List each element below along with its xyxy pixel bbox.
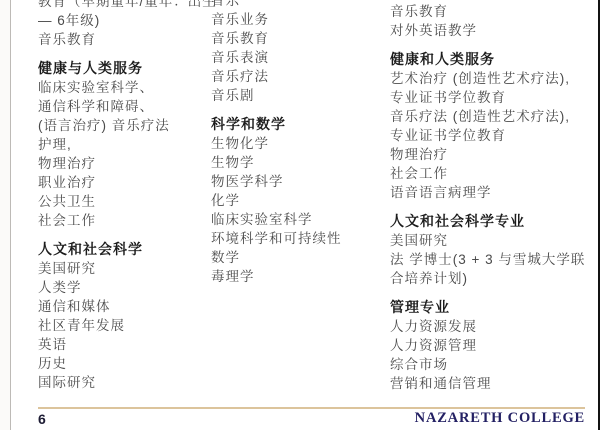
section-header: 人文和社会科学专业 xyxy=(390,212,590,231)
program-item: 社会工作 xyxy=(390,164,590,183)
program-item: (语言治疗) 音乐疗法 xyxy=(38,116,208,135)
program-item: 社区青年发展 xyxy=(38,316,208,335)
program-item: 音乐 xyxy=(211,0,383,10)
program-item: 音乐教育 xyxy=(211,29,383,48)
program-item: 通信和媒体 xyxy=(38,297,208,316)
section-gap xyxy=(390,40,590,50)
program-item: 营销和通信管理 xyxy=(390,374,590,393)
program-item: 专业证书学位教育 xyxy=(390,126,590,145)
section-gap xyxy=(38,49,208,59)
section-header: 健康与人类服务 xyxy=(38,59,208,78)
program-item: 临床实验室科学、 xyxy=(38,78,208,97)
catalog-page: 教育（早期童年/童年：出生— 6年级)音乐教育健康与人类服务临床实验室科学、通信… xyxy=(0,0,600,430)
program-item: 护理, xyxy=(38,135,208,154)
program-item: 化学 xyxy=(211,191,383,210)
program-item: 人力资源管理 xyxy=(390,336,590,355)
program-item: 国际研究 xyxy=(38,373,208,392)
program-item: 专业证书学位教育 xyxy=(390,88,590,107)
program-item: 英语 xyxy=(38,335,208,354)
section-gap xyxy=(390,202,590,212)
footer-divider xyxy=(38,407,585,409)
program-item: 职业治疗 xyxy=(38,173,208,192)
program-item: 音乐疗法 (创造性艺术疗法), xyxy=(390,107,590,126)
program-item: 艺术治疗 (创造性艺术疗法), xyxy=(390,69,590,88)
program-item: 音乐剧 xyxy=(211,86,383,105)
program-item: 合培养计划) xyxy=(390,269,590,288)
program-item: 历史 xyxy=(38,354,208,373)
program-item: 社会工作 xyxy=(38,211,208,230)
section-gap xyxy=(390,288,590,298)
section-gap xyxy=(38,230,208,240)
program-item: 生物学 xyxy=(211,153,383,172)
program-item: 综合市场 xyxy=(390,355,590,374)
program-item: 音乐表演 xyxy=(211,48,383,67)
program-item: 语音语言病理学 xyxy=(390,183,590,202)
program-item: 公共卫生 xyxy=(38,192,208,211)
section-header: 管理专业 xyxy=(390,298,590,317)
program-item: 物理治疗 xyxy=(390,145,590,164)
program-item: 人力资源发展 xyxy=(390,317,590,336)
program-item: — 6年级) xyxy=(38,11,208,30)
section-header: 科学和数学 xyxy=(211,115,383,134)
program-item: 法 学博士(3 + 3 与雪城大学联 xyxy=(390,250,590,269)
program-column-2: 音乐音乐业务音乐教育音乐表演音乐疗法音乐剧科学和数学生物化学生物学物医学科学化学… xyxy=(211,0,383,286)
program-item: 音乐疗法 xyxy=(211,67,383,86)
program-item: 教育（早期童年/童年：出生 xyxy=(38,0,208,11)
program-item: 毒理学 xyxy=(211,267,383,286)
page-left-edge-shadow xyxy=(0,0,11,430)
section-header: 人文和社会科学 xyxy=(38,240,208,259)
program-item: 环境科学和可持续性 xyxy=(211,229,383,248)
section-gap xyxy=(211,105,383,115)
program-item: 通信科学和障碍、 xyxy=(38,97,208,116)
program-column-3: 音乐教育对外英语教学健康和人类服务艺术治疗 (创造性艺术疗法),专业证书学位教育… xyxy=(390,2,590,393)
program-item: 对外英语教学 xyxy=(390,21,590,40)
program-item: 生物化学 xyxy=(211,134,383,153)
program-item: 数学 xyxy=(211,248,383,267)
college-name: NAZARETH COLLEGE xyxy=(415,410,585,427)
program-item: 美国研究 xyxy=(38,259,208,278)
program-item: 物理治疗 xyxy=(38,154,208,173)
program-item: 人类学 xyxy=(38,278,208,297)
program-item: 音乐业务 xyxy=(211,10,383,29)
program-item: 物医学科学 xyxy=(211,172,383,191)
program-item: 临床实验室科学 xyxy=(211,210,383,229)
section-header: 健康和人类服务 xyxy=(390,50,590,69)
program-item: 音乐教育 xyxy=(38,30,208,49)
program-column-1: 教育（早期童年/童年：出生— 6年级)音乐教育健康与人类服务临床实验室科学、通信… xyxy=(38,0,208,392)
program-item: 美国研究 xyxy=(390,231,590,250)
page-number: 6 xyxy=(38,411,46,427)
program-item: 音乐教育 xyxy=(390,2,590,21)
